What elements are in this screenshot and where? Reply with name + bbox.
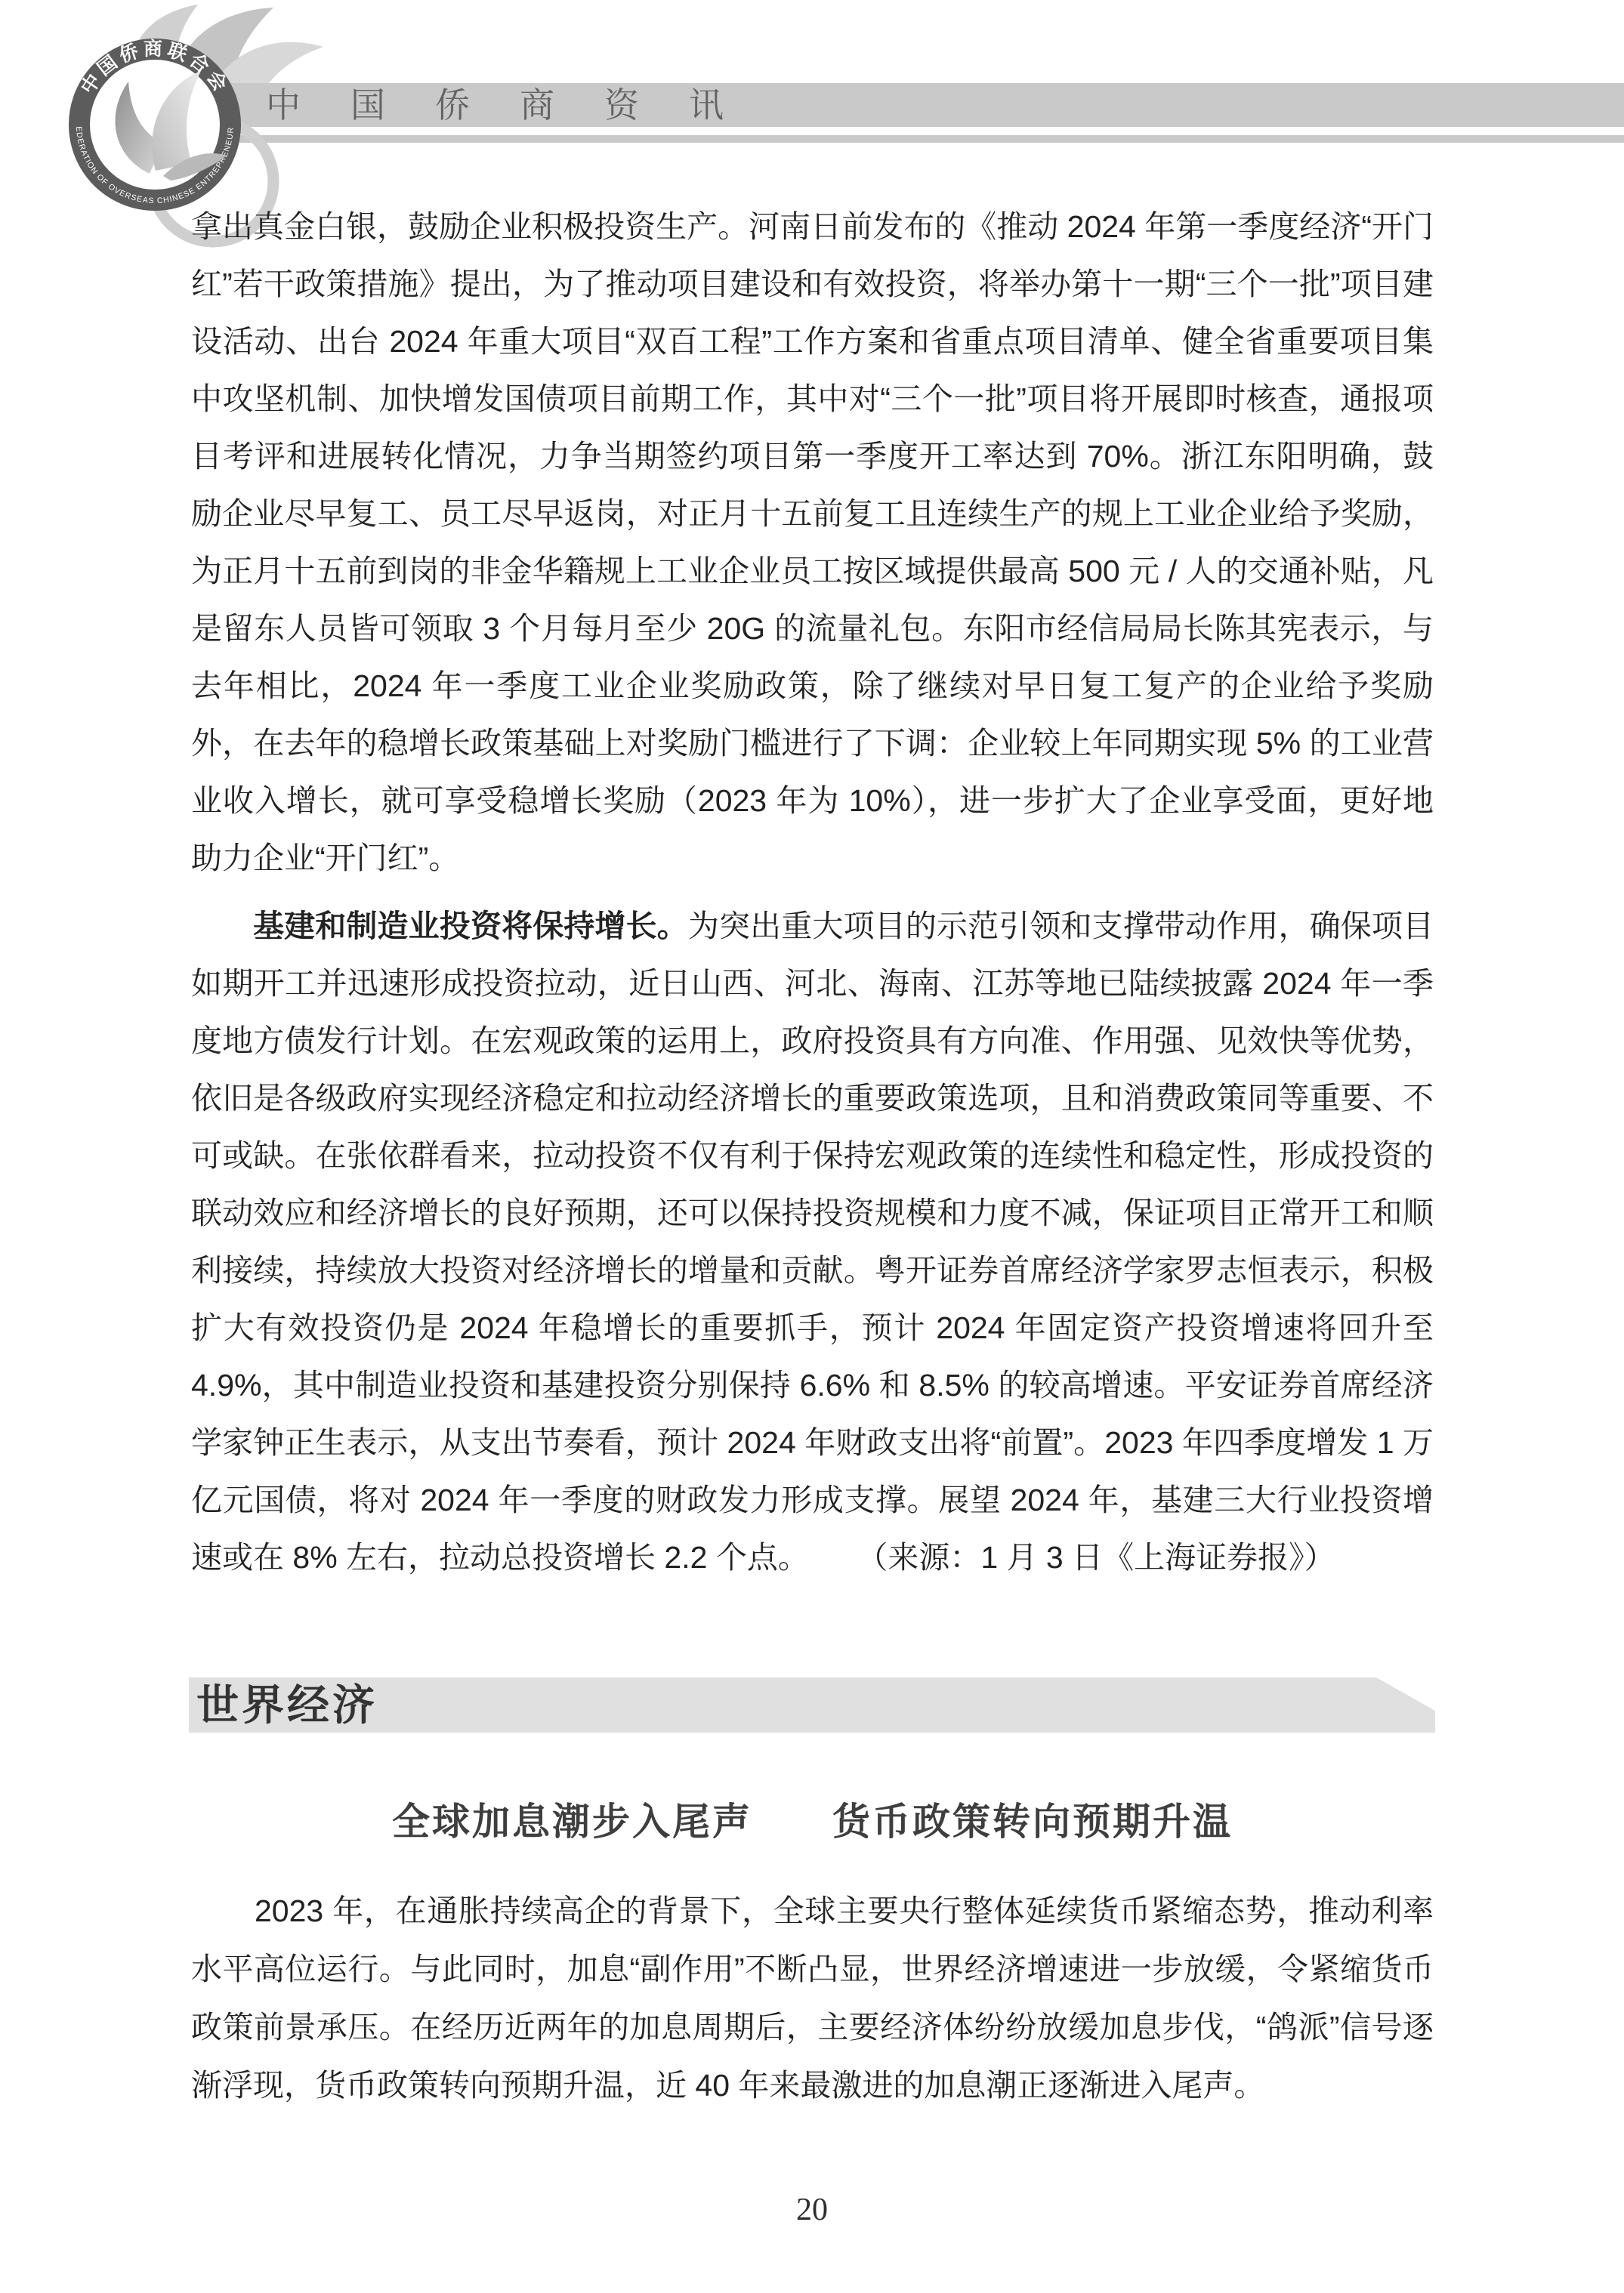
paragraph-2: 基建和制造业投资将保持增长。为突出重大项目的示范引领和支撑带动作用，确保项目如期… xyxy=(191,897,1434,1586)
header-band: 中国侨商资讯 xyxy=(210,83,1624,127)
header-band-title: 中国侨商资讯 xyxy=(210,83,1624,127)
article-1: 拿出真金白银，鼓励企业积极投资生产。河南日前发布的《推动 2024 年第一季度经… xyxy=(191,198,1434,1586)
article-2-headline: 全球加息潮步入尾声 货币政策转向预期升温 xyxy=(191,1792,1434,1846)
section-title: 世界经济 xyxy=(189,1677,1435,1735)
paragraph-2-lead: 基建和制造业投资将保持增长。 xyxy=(253,909,688,943)
page: 中国侨商资讯 中国侨商联合会 FEDERATION OF OVERSEAS CH… xyxy=(0,0,1624,2293)
source-citation: （来源：1 月 3 日《上海证券报》） xyxy=(872,1540,1335,1575)
page-number: 20 xyxy=(0,2192,1624,2228)
paragraph-2-body: 为突出重大项目的示范引领和支撑带动作用，确保项目如期开工并迅速形成投资拉动，近日… xyxy=(191,909,1434,1575)
paragraph-3: 2023 年，在通胀持续高企的背景下，全球主要央行整体延续货币紧缩态势，推动利率… xyxy=(191,1882,1434,2115)
paragraph-1: 拿出真金白银，鼓励企业积极投资生产。河南日前发布的《推动 2024 年第一季度经… xyxy=(191,198,1434,887)
section-band-world-economy: 世界经济 xyxy=(189,1677,1435,1733)
header-underline xyxy=(236,135,1624,143)
article-2: 2023 年，在通胀持续高企的背景下，全球主要央行整体延续货币紧缩态势，推动利率… xyxy=(191,1882,1434,2115)
